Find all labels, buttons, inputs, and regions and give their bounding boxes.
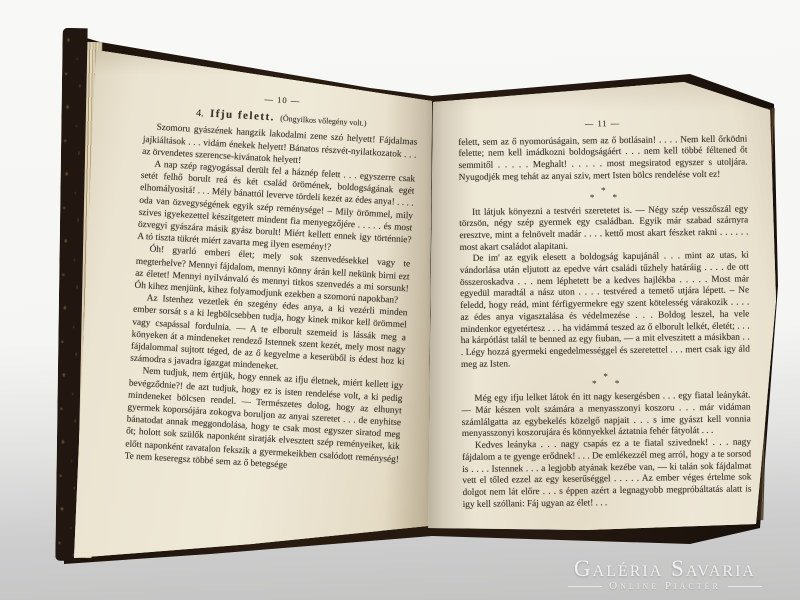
book-photo-scene: — 10 — 4. Ifju felett. (Öngyilkos vőlegé… — [0, 0, 800, 600]
paragraph: Itt látjuk könyezni a testvéri szeretete… — [459, 204, 749, 254]
asterisk-separator: * * * — [459, 185, 748, 203]
right-page: — 11 — felett, sem az ő nyomorúságain, s… — [426, 80, 778, 532]
asterisk-separator: * * * — [461, 372, 750, 390]
chapter-subtitle: (Öngyilkos vőlegény volt.) — [280, 114, 367, 128]
paragraph: De im' az egyik elesett a boldogság kapu… — [460, 251, 750, 372]
left-page-text: — 10 — 4. Ifju felett. (Öngyilkos vőlegé… — [124, 86, 419, 478]
open-book: — 10 — 4. Ifju felett. (Öngyilkos vőlegé… — [0, 0, 800, 600]
marketplace-watermark: Galéria Savaria Online Piactér — [540, 558, 790, 592]
paragraph: Nem tudjuk, nem értjük, hogy ennek az if… — [124, 365, 403, 478]
watermark-subtitle: Online Piactér — [540, 580, 790, 592]
paragraph: Kedves leányka . . . nagy csapás ez a te… — [462, 438, 752, 512]
chapter-number: 4. — [196, 108, 204, 119]
chapter-title: Ifju felett. — [210, 108, 276, 124]
watermark-title: Galéria Savaria — [540, 558, 790, 580]
paragraph: felett, sem az ő nyomorúságain, sem az ő… — [458, 134, 748, 184]
left-page: — 10 — 4. Ifju felett. (Öngyilkos vőlegé… — [72, 44, 436, 558]
right-page-text: — 11 — felett, sem az ő nyomorúságain, s… — [458, 116, 752, 511]
paragraph: A nap szép ragyogással derült fel a házn… — [137, 158, 415, 259]
paragraph: Még egy ifju lelket látok én itt nagy ke… — [461, 391, 751, 441]
right-page-number: — 11 — — [458, 116, 747, 131]
